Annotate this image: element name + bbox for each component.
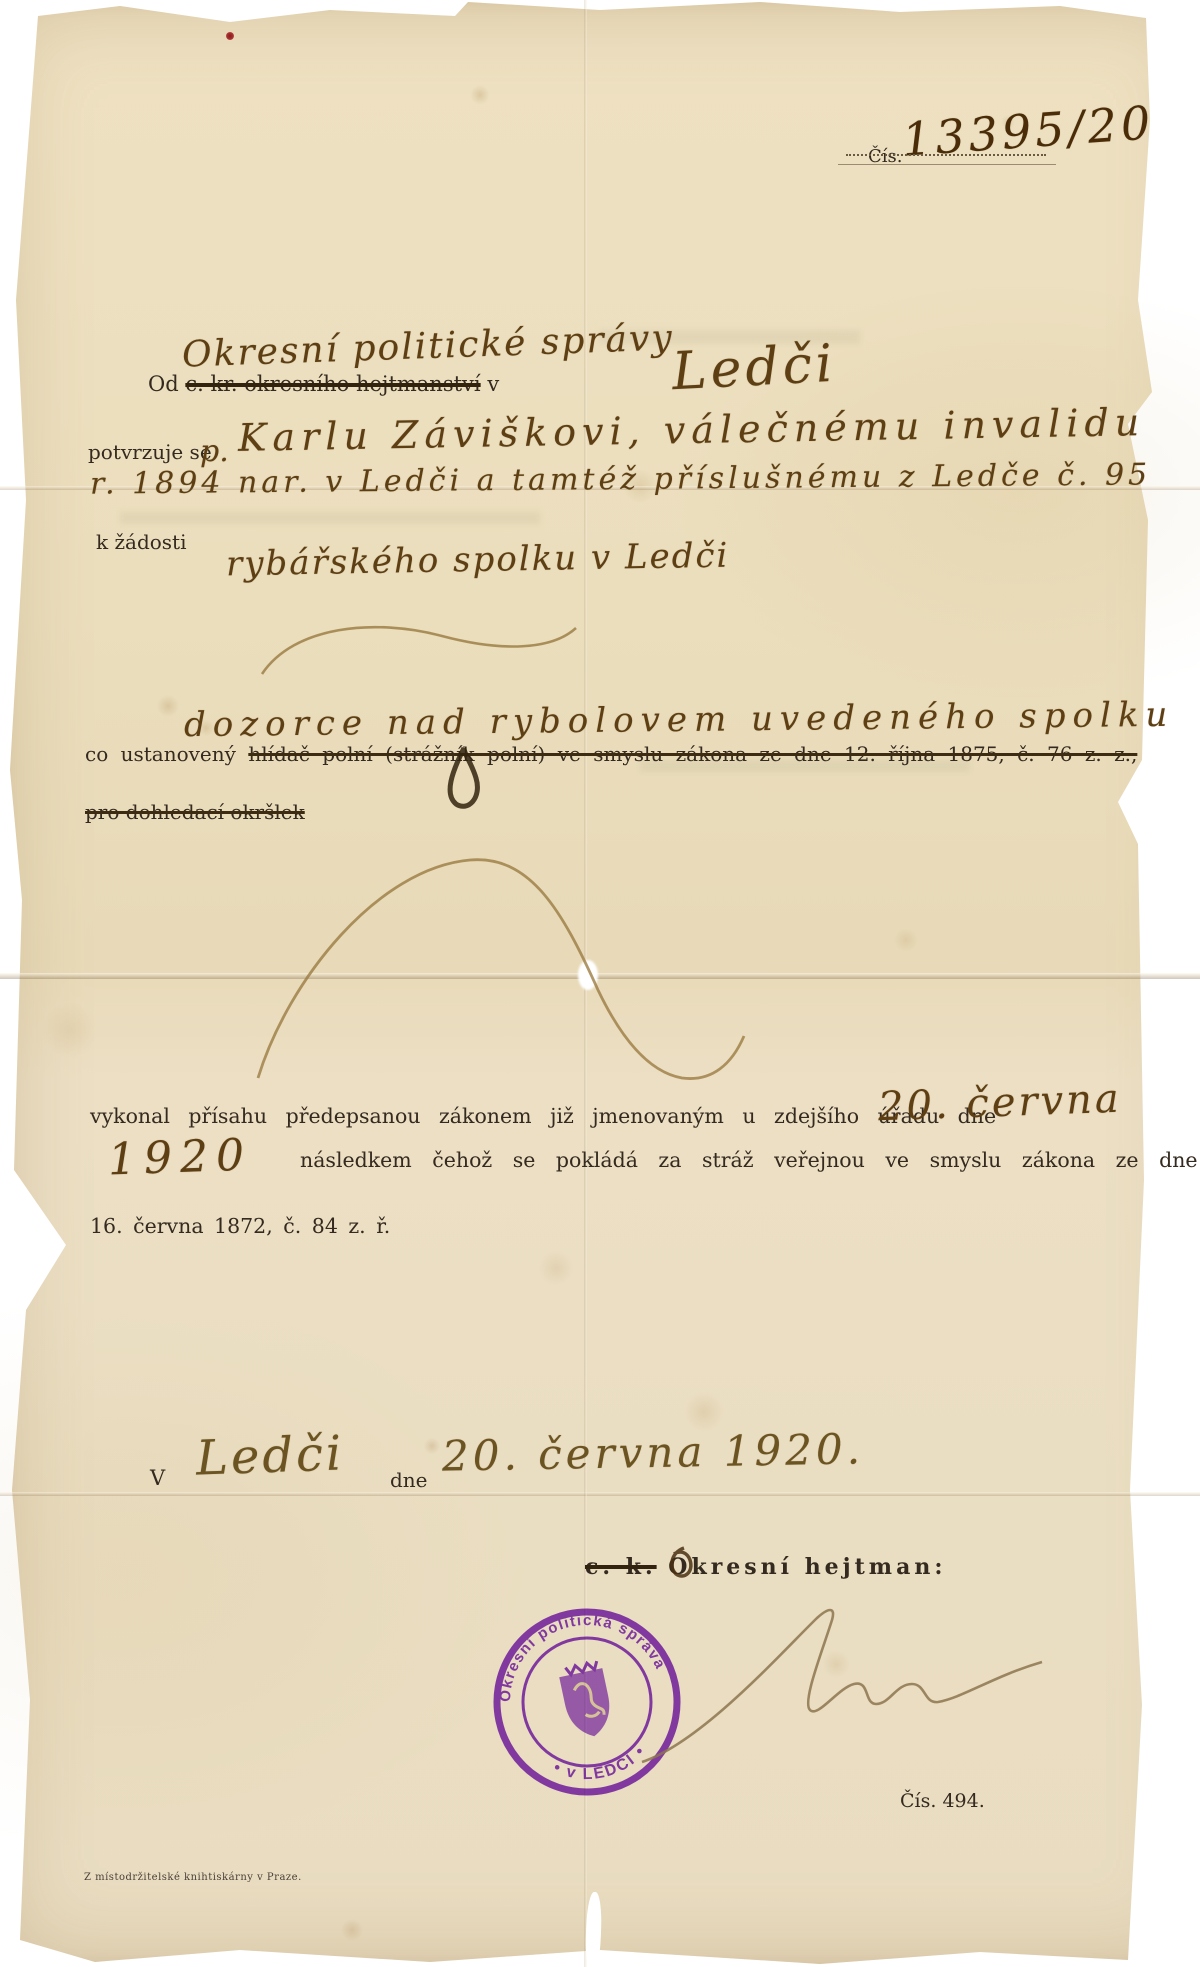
printer-imprint: Z místodržitelské knihtiskárny v Praze. (84, 1872, 302, 1883)
signature-title-line: c. k. Okresní hejtman: (585, 1554, 946, 1580)
consequence-line: následkem čehož se pokládá za stráž veře… (300, 1148, 1198, 1172)
dateline-dne: dne (390, 1468, 428, 1492)
ink-mark-over-o (660, 1544, 700, 1580)
rule-line (838, 164, 1056, 165)
pen-flourish-small (250, 608, 590, 698)
oath-year-handwritten: 1920 (107, 1130, 253, 1186)
handwritten-signature (632, 1590, 1052, 1790)
oath-line: vykonal přísahu předepsanou zákonem již … (90, 1104, 996, 1128)
stamp-shield-emblem (559, 1668, 616, 1741)
role-line: co ustanovený hlídač polní (strážník pol… (85, 742, 1137, 766)
struck-authority: c. kr. okresního hejtmanství (185, 372, 480, 396)
pen-flourish-large (230, 838, 790, 1088)
p-handwritten: p. (200, 434, 229, 469)
place-handwritten-top: Ledči (671, 334, 838, 403)
struck-role: hlídač polní (strážník polní) ve smyslu … (248, 742, 1137, 766)
red-ink-dot (226, 32, 234, 40)
dotted-line (846, 154, 1046, 156)
law-line: 16. června 1872, č. 84 z. ř. (90, 1214, 390, 1238)
from-od: Od (148, 372, 179, 396)
from-v: v (487, 372, 499, 396)
from-line: Od c. kr. okresního hejtmanství v (148, 372, 499, 396)
co-ustanoveny: co ustanovený (85, 742, 236, 766)
potvrzuje-line: potvrzuje se (88, 440, 212, 464)
hejtman-title: Okresní hejtman: (668, 1554, 946, 1580)
dateline-date-handwritten: 20. června 1920. (442, 1424, 865, 1480)
dateline-place-handwritten: Ledči (195, 1425, 345, 1486)
footer-form-number: Čís. 494. (900, 1790, 985, 1812)
k-zadosti-line: k žádosti (96, 530, 186, 554)
scanned-document: Čís. 13395/20 Okresní politické správy O… (0, 0, 1200, 1967)
struck-district-line: pro dohledací okršlek (85, 800, 305, 824)
pen-stroke-hook (430, 744, 500, 816)
struck-ck: c. k. (585, 1554, 657, 1580)
dateline-v: V (150, 1466, 165, 1490)
oath-date-handwritten: 20. června (877, 1076, 1122, 1130)
